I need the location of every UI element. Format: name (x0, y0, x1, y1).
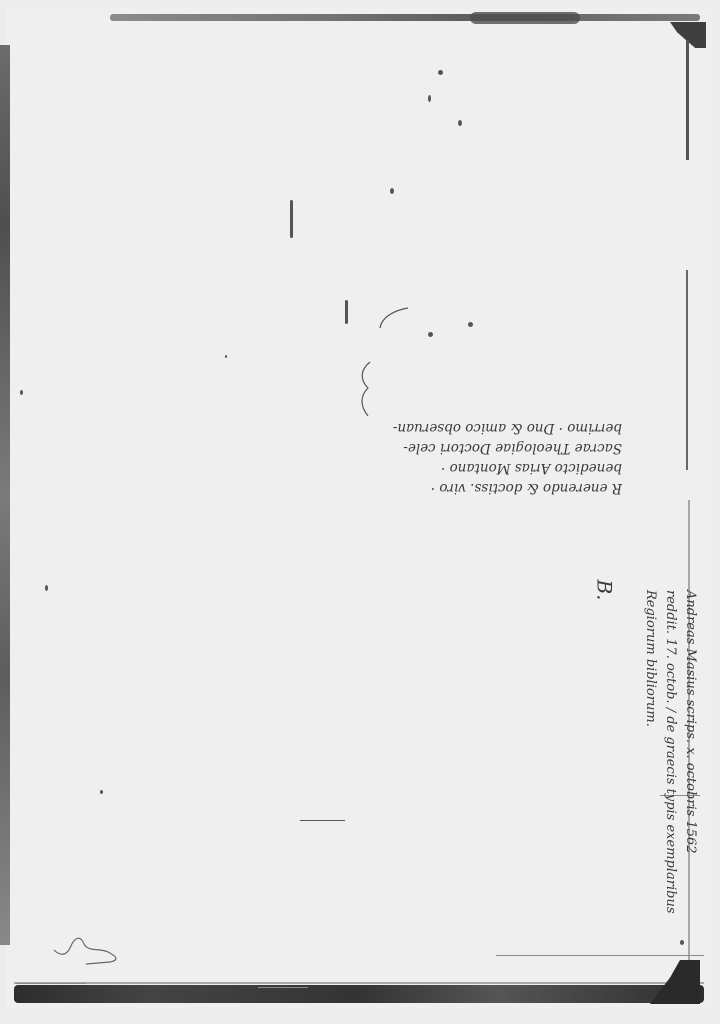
ink-speck (20, 390, 23, 395)
ruled-line (16, 983, 86, 984)
ink-squiggle (50, 930, 130, 965)
ink-streak (345, 300, 348, 324)
marginal-note-rotated: Andreas Masius scrips. x. octobris 1562 … (640, 590, 700, 1010)
ink-speck (458, 120, 462, 126)
ink-speck (468, 322, 473, 327)
ink-stroke (300, 820, 345, 821)
ink-speck (390, 188, 394, 194)
address-block-upside-down: R enerendo & doctiss. viro · benedicto A… (362, 418, 622, 498)
handwritten-line: reddit. 17. octob. / de graecis typis ex… (660, 590, 680, 1010)
right-edge-line (686, 270, 688, 470)
handwritten-line: Sacrae Theologiae Doctori cele- (362, 438, 622, 458)
top-shadow-edge (110, 14, 700, 21)
handwritten-line: R enerendo & doctiss. viro · (362, 478, 622, 498)
ruled-line (258, 987, 308, 988)
marginal-label: B. (593, 579, 617, 600)
manuscript-page (6, 8, 712, 1008)
top-ink-blot (470, 12, 580, 24)
scan-background: B. R enerendo & doctiss. viro · benedict… (0, 0, 720, 1024)
bottom-shadow-band (14, 985, 704, 1003)
handwritten-line: benedicto Arias Montano · (362, 458, 622, 478)
handwritten-line: Andreas Masius scrips. x. octobris 1562 (680, 590, 700, 1010)
ink-speck (438, 70, 443, 75)
ink-speck (45, 585, 48, 591)
bottom-fold-line (14, 982, 704, 984)
ink-speck (225, 355, 227, 358)
handwritten-line: Regiorum bibliorum. (640, 590, 660, 1010)
ink-speck (100, 790, 103, 794)
ink-squiggle (376, 302, 416, 332)
ink-squiggle (356, 360, 376, 420)
ink-speck (428, 95, 431, 102)
handwritten-line: berrimo · Dno & amico obseruan- (362, 418, 622, 438)
right-edge-line (686, 40, 689, 160)
ink-streak (290, 200, 293, 238)
left-shadow-edge (0, 45, 10, 945)
ink-speck (428, 332, 433, 337)
